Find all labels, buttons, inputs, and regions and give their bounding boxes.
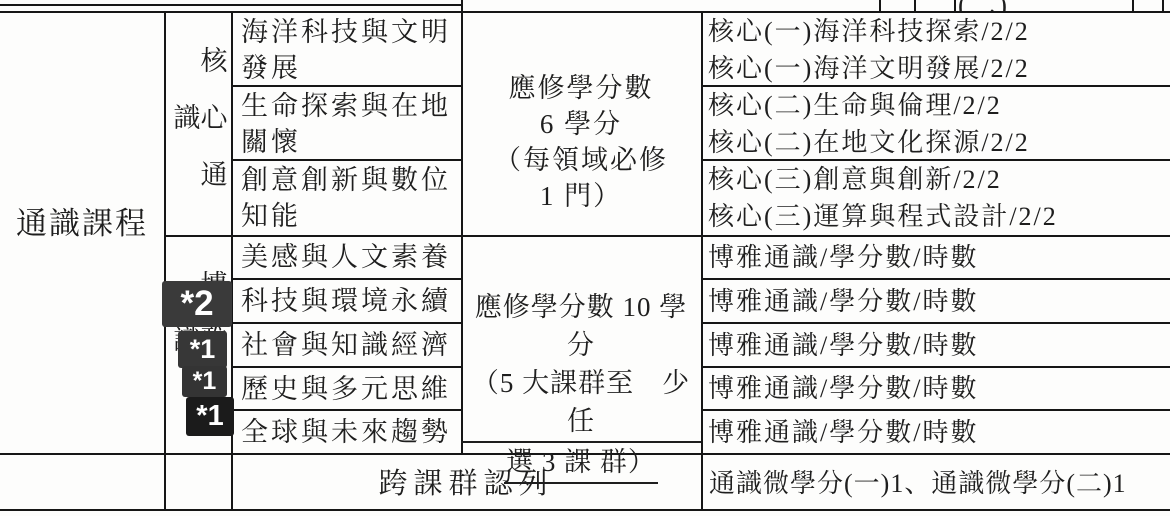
course-lib-history-text: 歷史與多元思維 [241, 371, 451, 407]
liberal-mapped-row1-text: 博雅通識/學分數/時數 [708, 239, 978, 276]
group-label-core-text: 核心通識 [171, 27, 225, 235]
micro-credit-text: 通識微學分(一)1、通識微學分(二)1 [709, 463, 1127, 500]
overlay-badge-3: *1 [182, 366, 227, 397]
core-req-line2: 6 學分 [461, 106, 701, 142]
course-lib-global: 全球與未來趨勢 [231, 411, 461, 453]
course-lib-aesthetics: 美感與人文素養 [231, 236, 461, 278]
lib-req-line2: （5 大課群至 少任 [461, 364, 701, 443]
core-mapped-1a: 核心(一)海洋科技探索/2/2 [708, 13, 1170, 50]
overlay-badge-1: *2 [162, 281, 232, 327]
core-req-line1: 應修學分數 [461, 70, 701, 106]
course-core-life-line1: 生命探索與在地 [241, 88, 461, 124]
course-lib-society-text: 社會與知識經濟 [241, 327, 451, 363]
course-lib-global-text: 全球與未來趨勢 [241, 414, 451, 450]
core-credit-requirement: 應修學分數 6 學分 （每領域必修 1 門） [461, 12, 701, 235]
course-core-ocean: 海洋科技與文明 發展 [231, 12, 461, 85]
liberal-mapped-row2: 博雅通識/學分數/時數 [701, 280, 1170, 322]
liberal-mapped-row2-text: 博雅通識/學分數/時數 [708, 283, 978, 320]
cross-cluster-cell: 跨課群認列 [231, 453, 701, 509]
course-core-creative: 創意創新與數位 知能 [231, 160, 461, 235]
overlay-badge-4: *1 [186, 397, 234, 436]
scanned-curriculum-table: (二) 通識課程 核心通識 博雅通識 海洋科技與文明 發展 生命探索與在地 關懷 [0, 0, 1170, 516]
course-core-life-line2: 關懷 [241, 124, 461, 160]
core-mapped-3a: 核心(三)創意與創新/2/2 [708, 161, 1170, 198]
course-core-creative-line2: 知能 [241, 198, 461, 234]
cropped-row-fragment-text: (二) [958, 0, 1028, 11]
overlay-badge-3-label: *1 [193, 367, 217, 396]
liberal-mapped-row1: 博雅通識/學分數/時數 [701, 236, 1170, 278]
course-core-creative-line1: 創意創新與數位 [241, 162, 461, 198]
course-core-ocean-line2: 發展 [241, 50, 461, 86]
liberal-mapped-row4: 博雅通識/學分數/時數 [701, 368, 1170, 409]
course-core-life: 生命探索與在地 關懷 [231, 86, 461, 159]
core-req-line3: （每領域必修 [461, 142, 701, 178]
course-lib-tech: 科技與環境永續 [231, 280, 461, 322]
cross-cluster-label: 跨課群認列 [378, 461, 553, 502]
liberal-mapped-row3-text: 博雅通識/學分數/時數 [708, 327, 978, 364]
overlay-badge-2-label: *1 [190, 334, 216, 365]
liberal-mapped-row3: 博雅通識/學分數/時數 [701, 324, 1170, 366]
lib-req-line1: 應修學分數 10 學分 [461, 288, 701, 364]
cropped-row-fragment: (二) [958, 0, 1028, 11]
category-label: 通識課程 [16, 198, 148, 243]
core-mapped-group3: 核心(三)創意與創新/2/2 核心(三)運算與程式設計/2/2 [701, 160, 1170, 235]
core-mapped-1b: 核心(一)海洋文明發展/2/2 [708, 50, 1170, 87]
grid-line-h-bottom [0, 509, 1170, 511]
core-req-line4: 1 門） [461, 178, 701, 214]
group-label-core: 核心通識 [164, 13, 231, 235]
overlay-badge-1-label: *2 [180, 284, 213, 324]
core-mapped-2b: 核心(二)在地文化探源/2/2 [708, 124, 1170, 161]
liberal-mapped-row5: 博雅通識/學分數/時數 [701, 411, 1170, 453]
course-core-ocean-line1: 海洋科技與文明 [241, 14, 461, 50]
category-cell: 通識課程 [0, 0, 164, 441]
micro-credit-cell: 通識微學分(一)1、通識微學分(二)1 [701, 453, 1170, 509]
core-mapped-group1: 核心(一)海洋科技探索/2/2 核心(一)海洋文明發展/2/2 [701, 12, 1170, 85]
overlay-badge-2: *1 [178, 331, 227, 368]
liberal-mapped-row5-text: 博雅通識/學分數/時數 [708, 414, 978, 451]
liberal-mapped-row4-text: 博雅通識/學分數/時數 [708, 370, 978, 407]
overlay-badge-4-label: *1 [196, 400, 223, 433]
liberal-credit-requirement: 應修學分數 10 學分 （5 大課群至 少任 選 3 課 群） [461, 236, 701, 453]
course-lib-aesthetics-text: 美感與人文素養 [241, 239, 451, 275]
core-mapped-3b: 核心(三)運算與程式設計/2/2 [708, 198, 1170, 235]
course-lib-tech-text: 科技與環境永續 [241, 283, 451, 319]
core-mapped-group2: 核心(二)生命與倫理/2/2 核心(二)在地文化探源/2/2 [701, 86, 1170, 159]
course-lib-history: 歷史與多元思維 [231, 368, 461, 409]
core-mapped-2a: 核心(二)生命與倫理/2/2 [708, 87, 1170, 124]
course-lib-society: 社會與知識經濟 [231, 324, 461, 366]
